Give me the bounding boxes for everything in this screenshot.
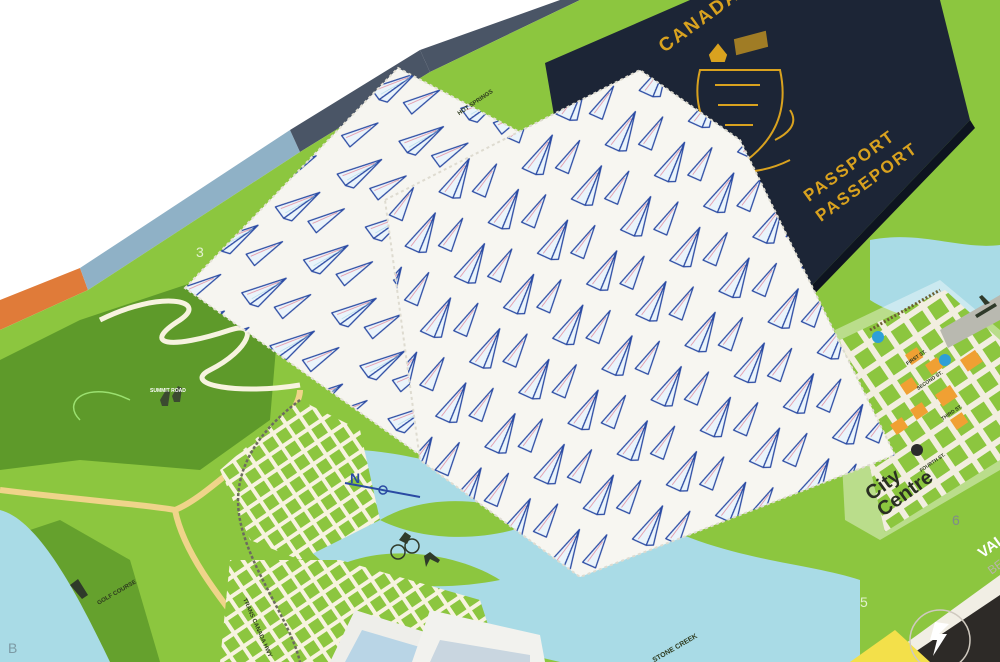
map-label-summit-road: SUMMIT ROAD bbox=[150, 388, 186, 394]
tourist-map bbox=[0, 0, 1000, 662]
map-grid-number: 6 bbox=[952, 512, 960, 528]
map-grid-number: 3 bbox=[196, 244, 204, 260]
compass-north-label: N bbox=[350, 470, 360, 486]
map-grid-number: 5 bbox=[860, 594, 868, 610]
photo-scene: 3 5 6 B N HOT SPRINGS GOLF COURSE STONE … bbox=[0, 0, 1000, 662]
map-grid-number: B bbox=[8, 640, 17, 656]
